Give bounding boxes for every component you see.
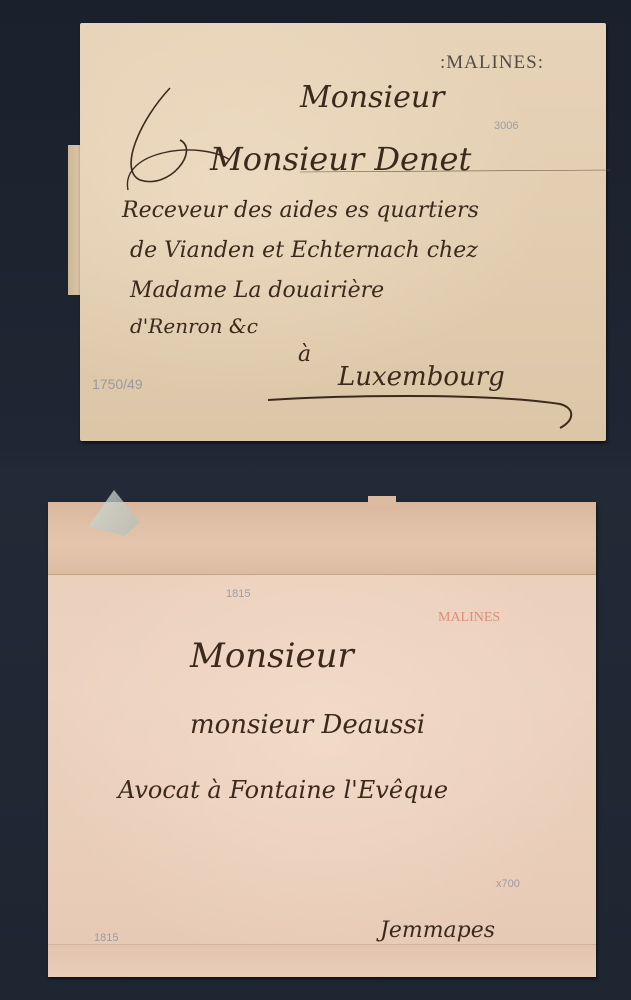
malines-postmark-red: MALINES: [438, 610, 500, 626]
torn-edge: [368, 496, 396, 506]
letter-bottom-bottom-fold: [48, 944, 596, 977]
pencil-note-x700: x700: [496, 878, 520, 890]
pencil-note-1815-top: 1815: [226, 588, 250, 600]
address-line: monsieur Deaussi: [190, 710, 425, 740]
pencil-note-1815-bottom: 1815: [94, 932, 118, 944]
address-line: Monsieur: [190, 636, 354, 676]
address-line: Avocat à Fontaine l'Evêque: [118, 776, 448, 804]
signature-jemmapes: Jemmapes: [380, 918, 495, 943]
